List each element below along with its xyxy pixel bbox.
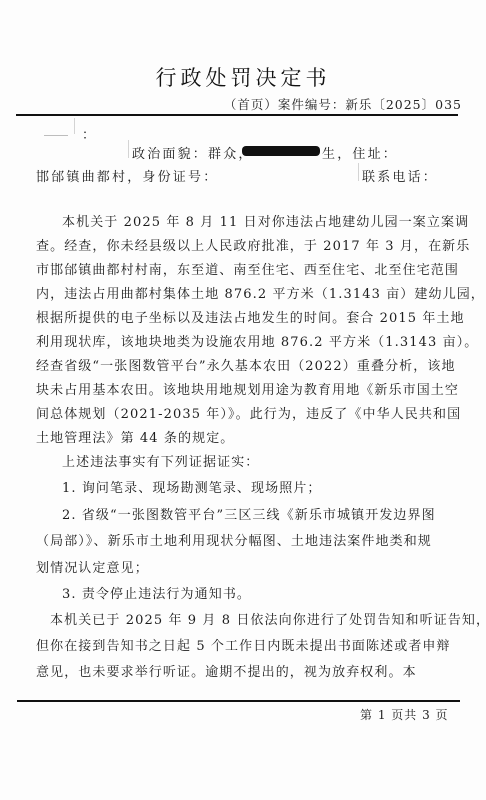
residence-label: 生，住址：	[322, 143, 398, 162]
body-line: 经查省级“一张图数管平台”永久基本农田（2022）重叠分析，该地	[36, 355, 456, 374]
document-page: 行政处罚决定书 （首页）案件编号：新乐〔2025〕035 ： 政治面貌：群众， …	[0, 0, 486, 800]
header-rule	[16, 114, 458, 116]
page-number: 第 1 页共 3 页	[360, 706, 449, 723]
notice-line: 但你在接到告知书之日起 5 个工作日内既未提出书面陈述或者申辩	[36, 635, 451, 654]
redacted-name-mark	[44, 135, 68, 136]
notice-line: 意见，也未要求举行听证。逾期不提出的，视为放弃权利。本	[36, 661, 417, 680]
redaction-edge	[74, 118, 75, 134]
redaction-edge	[128, 140, 129, 158]
body-line: 块未占用基本农田。该地块用地规划用途为教育用地《新乐市国土空	[36, 379, 459, 398]
evidence-item-2-cont: （局部）》、新乐市土地利用现状分幅图、土地违法案件地类和规	[36, 530, 432, 549]
body-line: 查。经查，你未经县级以上人民政府批准，于 2017 年 3 月，在新乐	[36, 235, 470, 254]
political-status: 政治面貌：群众，	[132, 143, 254, 162]
body-line: 市邯邰镇曲都村村南，东至道、南至住宅、西至住宅、北至住宅范围	[36, 259, 459, 278]
evidence-item-1: 1. 询问笔录、现场勘测笔录、现场照片；	[62, 477, 322, 496]
body-line: 利用现状库，该地块地类为设施农用地 876.2 平方米（1.3143 亩）。	[36, 331, 478, 350]
evidence-item-2: 2. 省级“一张图数管平台”三区三线《新乐市城镇开发边界图	[62, 504, 436, 523]
body-line: 本机关于 2025 年 8 月 11 日对你违法占地建幼儿园一案立案调	[62, 211, 469, 230]
body-line: 间总体规划（2021-2035 年）》。此行为，违反了《中华人民共和国	[36, 403, 461, 422]
evidence-item-3: 3. 责令停止违法行为通知书。	[62, 583, 251, 602]
redacted-birthdate	[242, 146, 320, 156]
address-id-label: 邯邰镇曲都村，身份证号：	[36, 166, 218, 185]
evidence-intro: 上述违法事实有下列证据证实：	[62, 451, 259, 470]
body-line: 土地管理法》第 44 条的规定。	[36, 427, 234, 446]
phone-label: 联系电话：	[362, 166, 438, 185]
case-number: （首页）案件编号：新乐〔2025〕035	[224, 95, 462, 113]
body-line: 内，违法占用曲都村集体土地 876.2 平方米（1.3143 亩）建幼儿园，	[36, 283, 485, 302]
body-line: 根据所提供的电子坐标以及违法占地发生的时间。套合 2015 年土地	[36, 307, 465, 326]
document-title: 行政处罚决定书	[0, 62, 486, 92]
footer-rule	[17, 700, 460, 702]
recipient-colon: ：	[82, 124, 97, 143]
redaction-edge	[358, 163, 359, 181]
evidence-item-2-cont: 划情况认定意见；	[36, 557, 149, 576]
notice-line: 本机关已于 2025 年 9 月 8 日依法向你进行了处罚告知和听证告知，	[50, 609, 486, 628]
